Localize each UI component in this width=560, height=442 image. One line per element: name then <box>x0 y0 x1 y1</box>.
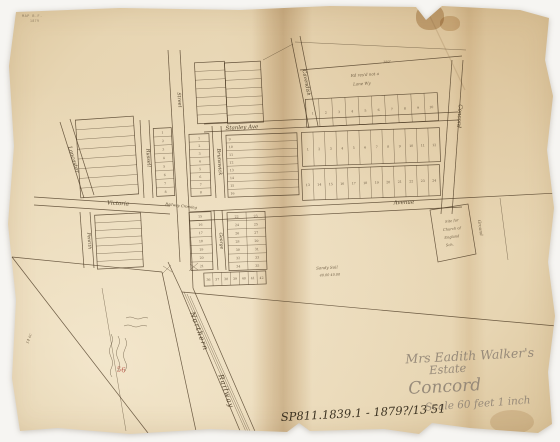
lot-number: 5 <box>364 109 366 113</box>
lot-number: 6 <box>377 108 379 112</box>
lot-number: 6 <box>199 175 201 179</box>
lot-number: 11 <box>229 153 233 157</box>
lot-number: 14 <box>317 183 321 187</box>
lot-number: 21 <box>398 180 402 184</box>
lot-number: 4 <box>341 146 343 150</box>
lot-number: 1 <box>307 147 309 151</box>
lot-number: 22 <box>409 179 413 183</box>
lot-number: 29 <box>254 239 258 243</box>
lot-number: 5 <box>199 167 201 171</box>
lot-number: 9 <box>399 144 401 148</box>
lot-number: 7 <box>164 181 166 185</box>
lot-block-upper-middle-left <box>194 61 227 123</box>
lot-number: 39 <box>233 277 237 281</box>
lot-number: 5 <box>163 164 165 168</box>
lot-block-center-left: 12345678 <box>189 134 211 197</box>
lot-number: 1 <box>312 111 314 115</box>
lot-number: 15 <box>230 184 234 188</box>
lot-number: 3 <box>338 110 340 114</box>
lot-number: 4 <box>351 109 353 113</box>
note-top-right-line1: Rd res'd not a <box>350 71 380 78</box>
lot-number: 23 <box>254 214 258 218</box>
street-label-brunswick: Brunswick <box>215 147 223 175</box>
red-pencil-mark: 56 <box>116 366 126 375</box>
lot-number: 14 <box>230 176 234 180</box>
lot-number: 26 <box>235 231 239 235</box>
road-lines <box>12 6 558 438</box>
map-drawing: 12345678 12345678910 123456789101112 131… <box>0 0 560 442</box>
lot-number: 13 <box>306 183 310 187</box>
catalog-number: SP811.1839.1 - 1879?/13 51 <box>280 401 445 424</box>
note-top-right-line2: Lane Wy <box>352 80 372 86</box>
lot-number: 11 <box>421 143 425 147</box>
note-ground: Ground <box>477 220 484 237</box>
lot-number: 16 <box>230 191 234 195</box>
lot-block-right-mid-upper: 123456789101112 <box>301 128 440 167</box>
lot-number: 3 <box>162 148 164 152</box>
church-site-line2: Church of <box>443 226 462 232</box>
lot-number: 12 <box>432 143 436 147</box>
lot-number: 2 <box>162 139 164 143</box>
lot-number: 2 <box>198 144 200 148</box>
lot-number: 20 <box>199 256 203 260</box>
lot-block-center-right: 910111213141516 <box>226 133 299 197</box>
lot-block-bottom-row: 36373839404142 <box>204 271 266 286</box>
lot-number: 13 <box>230 168 234 172</box>
lot-block-lower-right-east: 2223242526272829303132333435 <box>227 211 267 270</box>
street-label-stanley-ave: Stanley Ave <box>225 124 259 132</box>
lot-number: 24 <box>432 179 436 183</box>
lot-number: 41 <box>251 276 255 280</box>
lot-number: 32 <box>236 256 240 260</box>
lot-number: 22 <box>235 215 239 219</box>
street-label-george: George <box>217 232 224 249</box>
lot-number: 7 <box>376 145 378 149</box>
lot-number: 3 <box>330 147 332 151</box>
lot-number: 10 <box>409 144 413 148</box>
lot-number: 4 <box>163 156 165 160</box>
lot-number: 28 <box>235 240 239 244</box>
street-label-avenue: Avenue <box>393 200 415 207</box>
church-site-line4: Sch. <box>446 243 454 248</box>
lot-number: 36 <box>206 278 210 282</box>
street-label-victoria: Victoria <box>107 200 129 207</box>
lot-block-lower-right-west: 15161718192021 <box>189 212 213 271</box>
street-label-main-road: Street <box>175 92 182 108</box>
lot-number: 12 <box>229 160 233 164</box>
lot-number: 19 <box>199 248 203 252</box>
lot-number: 8 <box>200 190 202 194</box>
lot-number: 34 <box>236 264 240 268</box>
note-sandy-soil-dims: 40.00 40.00 <box>319 272 342 277</box>
lot-number: 8 <box>387 145 389 149</box>
lot-block-russell-cells: 12345678 <box>153 128 175 197</box>
accession-stamp: MAP B.F. 1879 <box>22 14 43 23</box>
lot-number: 8 <box>404 107 406 111</box>
measurement-180ft: 180' <box>383 60 391 65</box>
lot-number: 31 <box>255 247 259 251</box>
lot-number: 23 <box>421 179 425 183</box>
lot-number: 5 <box>353 146 355 150</box>
lot-number: 9 <box>229 137 231 141</box>
pencil-estate-line: Estate <box>428 361 467 378</box>
stamp-line1: MAP B.F. <box>22 14 43 18</box>
lot-number: 18 <box>363 181 367 185</box>
street-labels: Lancaster Russell Street Brunswick Stanl… <box>66 69 463 409</box>
lot-number: 19 <box>375 181 379 185</box>
lot-number: 16 <box>340 182 344 186</box>
lot-number: 18 <box>199 239 203 243</box>
lot-number: 9 <box>417 106 419 110</box>
street-label-russell: Russell <box>144 148 151 168</box>
lot-number: 2 <box>325 111 327 115</box>
stamp-line2: 1879 <box>30 19 39 23</box>
lot-number: 40 <box>242 276 246 280</box>
lot-number: 24 <box>235 223 239 227</box>
lot-number: 42 <box>259 276 263 280</box>
lot-number: 27 <box>254 231 258 235</box>
lot-number: 16 <box>198 223 202 227</box>
lot-number: 15 <box>198 214 202 218</box>
paper-wrapper: 12345678 12345678910 123456789101112 131… <box>0 0 560 442</box>
lot-block-upper-middle-right <box>224 61 263 124</box>
lot-number: 10 <box>229 145 233 149</box>
lot-number: 6 <box>364 145 366 149</box>
scanned-map-document: 12345678 12345678910 123456789101112 131… <box>0 0 560 442</box>
lot-number: 1 <box>198 136 200 140</box>
lot-number: 7 <box>391 107 393 111</box>
lot-block-upper-left <box>75 116 138 198</box>
lot-number: 2 <box>318 147 320 151</box>
street-label-concord-road: Concord <box>455 104 463 128</box>
lot-number: 17 <box>352 181 356 185</box>
lot-number: 1 <box>161 131 163 135</box>
lot-number: 6 <box>164 173 166 177</box>
lot-block-right-mid-lower: 131415161718192021222324 <box>302 165 441 201</box>
lot-number: 35 <box>255 264 259 268</box>
church-site-line3: England <box>443 234 460 240</box>
lot-number: 25 <box>254 222 258 226</box>
lot-number: 17 <box>199 231 203 235</box>
lot-number: 20 <box>386 180 390 184</box>
lot-number: 15 <box>329 182 333 186</box>
lot-number: 21 <box>200 264 204 268</box>
lot-number: 4 <box>199 159 201 163</box>
lot-number: 37 <box>215 277 219 281</box>
paper-sheet: 12345678 12345678910 123456789101112 131… <box>0 0 560 442</box>
lot-number: 38 <box>224 277 228 281</box>
street-label-penrith: Penrith <box>85 231 92 249</box>
lot-number: 10 <box>429 105 433 109</box>
lot-number: 3 <box>199 152 201 156</box>
lot-number: 7 <box>200 183 202 187</box>
church-site-line1: Site for <box>445 218 459 224</box>
lot-number: 33 <box>255 255 259 259</box>
lot-block-lower-left <box>95 213 144 269</box>
lot-number: 8 <box>164 190 166 194</box>
note-acreage: 14 ac <box>25 332 33 344</box>
lot-number: 30 <box>236 248 240 252</box>
railway-crossing-note: Railway Crossing <box>164 202 198 210</box>
pencil-owner-line: Mrs Eadith Walker's <box>404 345 534 367</box>
note-sandy-soil: Sandy Soil <box>316 264 338 270</box>
pencil-concord-line: Concord <box>408 375 482 399</box>
